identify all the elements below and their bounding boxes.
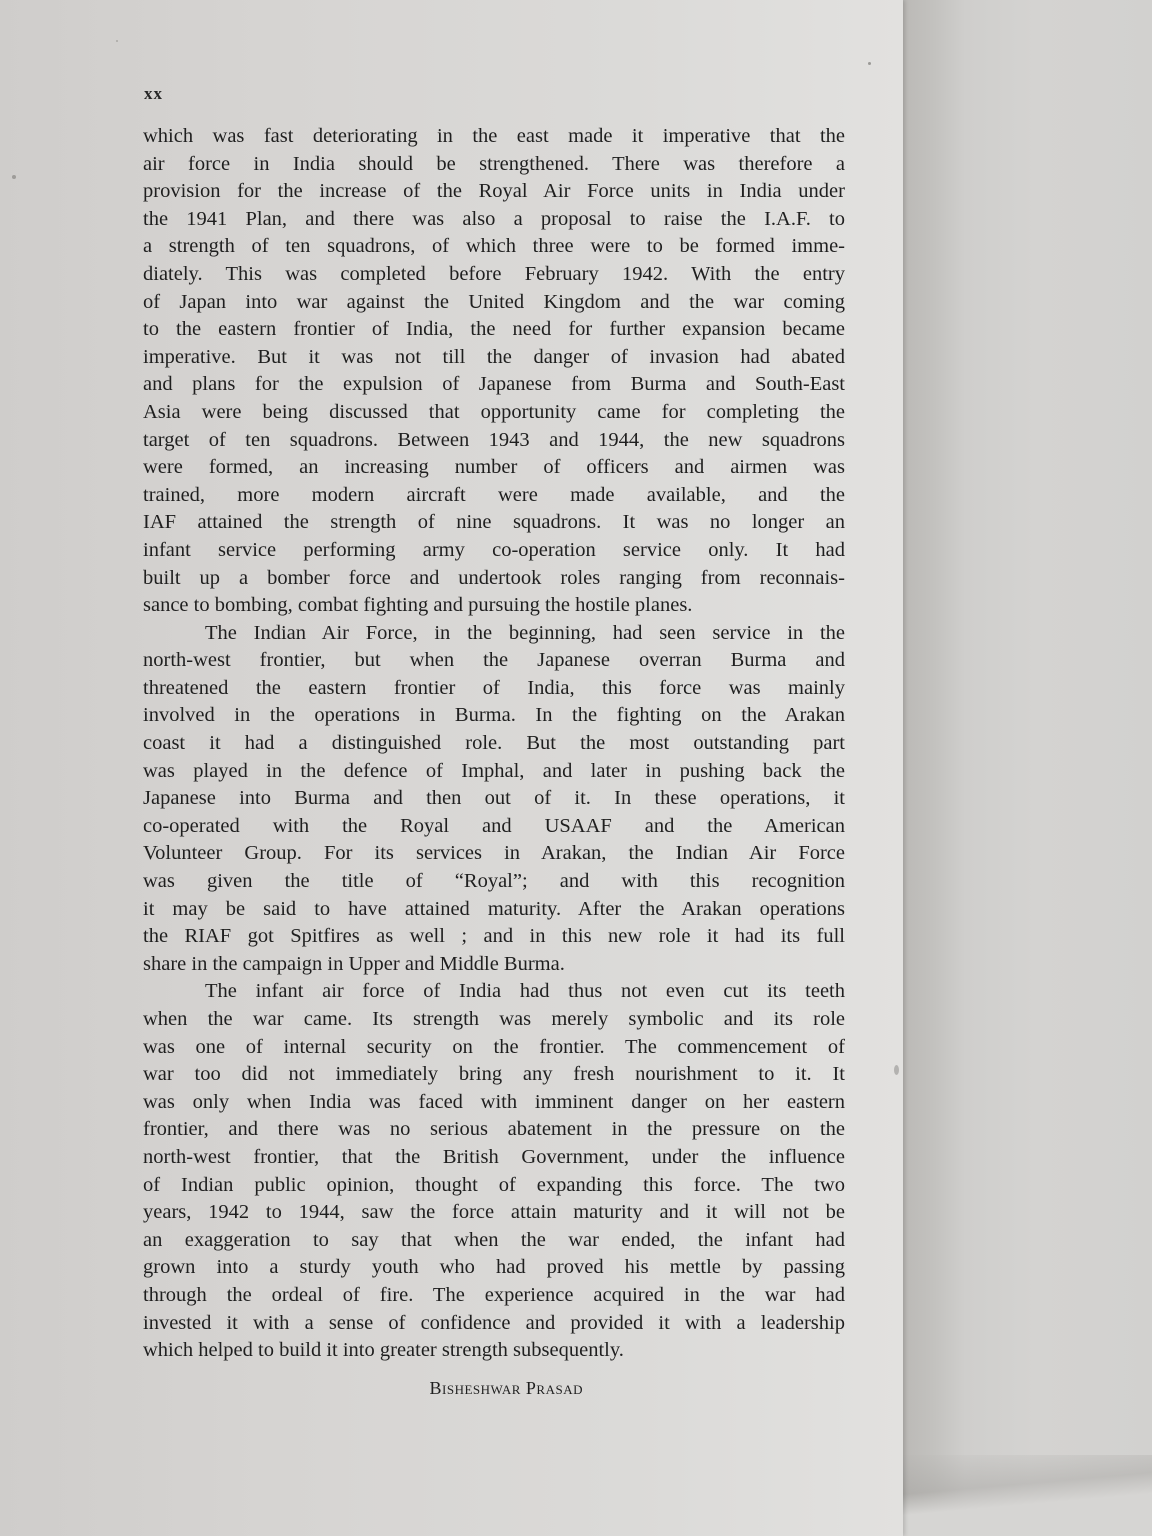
text-line: when the war came. Its strength was mere… bbox=[143, 1006, 845, 1034]
body-text: which was fast deteriorating in the east… bbox=[143, 123, 845, 1365]
text-line: coast it had a distinguished role. But t… bbox=[143, 730, 845, 758]
text-line: trained, more modern aircraft were made … bbox=[143, 482, 845, 510]
text-line: was given the title of “Royal”; and with… bbox=[143, 868, 845, 896]
text-line: was played in the defence of Imphal, and… bbox=[143, 758, 845, 786]
book-page: xx which was fast deteriorating in the e… bbox=[0, 0, 903, 1536]
paper-speck bbox=[116, 40, 118, 42]
text-line: a strength of ten squadrons, of which th… bbox=[143, 233, 845, 261]
text-line: co-operated with the Royal and USAAF and… bbox=[143, 813, 845, 841]
text-line: it may be said to have attained maturity… bbox=[143, 896, 845, 924]
text-line: air force in India should be strengthene… bbox=[143, 151, 845, 179]
text-line: The Indian Air Force, in the beginning, … bbox=[143, 620, 845, 648]
text-line: to the eastern frontier of India, the ne… bbox=[143, 316, 845, 344]
text-line: war too did not immediately bring any fr… bbox=[143, 1061, 845, 1089]
text-line: was only when India was faced with immin… bbox=[143, 1089, 845, 1117]
text-line: frontier, and there was no serious abate… bbox=[143, 1116, 845, 1144]
paper-speck bbox=[894, 1065, 899, 1075]
page-number: xx bbox=[144, 84, 163, 104]
text-line: sance to bombing, combat fighting and pu… bbox=[143, 592, 845, 620]
text-line: Japanese into Burma and then out of it. … bbox=[143, 785, 845, 813]
adjacent-page-fold bbox=[870, 1455, 1152, 1536]
text-line: provision for the increase of the Royal … bbox=[143, 178, 845, 206]
text-line: north-west frontier, but when the Japane… bbox=[143, 647, 845, 675]
text-line: through the ordeal of fire. The experien… bbox=[143, 1282, 845, 1310]
text-line: infant service performing army co-operat… bbox=[143, 537, 845, 565]
paper-speck bbox=[868, 62, 871, 65]
text-line: target of ten squadrons. Between 1943 an… bbox=[143, 427, 845, 455]
text-line: IAF attained the strength of nine squadr… bbox=[143, 509, 845, 537]
text-line: which helped to build it into greater st… bbox=[143, 1337, 845, 1365]
text-line: were formed, an increasing number of off… bbox=[143, 454, 845, 482]
text-line: the 1941 Plan, and there was also a prop… bbox=[143, 206, 845, 234]
adjacent-page bbox=[895, 0, 1152, 1536]
author-signature: Bisheshwar Prasad bbox=[430, 1378, 583, 1399]
text-line: grown into a sturdy youth who had proved… bbox=[143, 1254, 845, 1282]
paper-speck bbox=[12, 175, 16, 179]
text-line: the RIAF got Spitfires as well ; and in … bbox=[143, 923, 845, 951]
text-line: involved in the operations in Burma. In … bbox=[143, 702, 845, 730]
text-line: diately. This was completed before Febru… bbox=[143, 261, 845, 289]
text-line: of Indian public opinion, thought of exp… bbox=[143, 1172, 845, 1200]
text-line: which was fast deteriorating in the east… bbox=[143, 123, 845, 151]
text-line: built up a bomber force and undertook ro… bbox=[143, 565, 845, 593]
text-line: Asia were being discussed that opportuni… bbox=[143, 399, 845, 427]
text-line: share in the campaign in Upper and Middl… bbox=[143, 951, 845, 979]
text-line: invested it with a sense of confidence a… bbox=[143, 1310, 845, 1338]
text-line: imperative. But it was not till the dang… bbox=[143, 344, 845, 372]
text-line: Volunteer Group. For its services in Ara… bbox=[143, 840, 845, 868]
text-line: of Japan into war against the United Kin… bbox=[143, 289, 845, 317]
text-line: threatened the eastern frontier of India… bbox=[143, 675, 845, 703]
text-line: north-west frontier, that the British Go… bbox=[143, 1144, 845, 1172]
text-line: years, 1942 to 1944, saw the force attai… bbox=[143, 1199, 845, 1227]
text-line: was one of internal security on the fron… bbox=[143, 1034, 845, 1062]
text-line: an exaggeration to say that when the war… bbox=[143, 1227, 845, 1255]
text-line: and plans for the expulsion of Japanese … bbox=[143, 371, 845, 399]
text-line: The infant air force of India had thus n… bbox=[143, 978, 845, 1006]
